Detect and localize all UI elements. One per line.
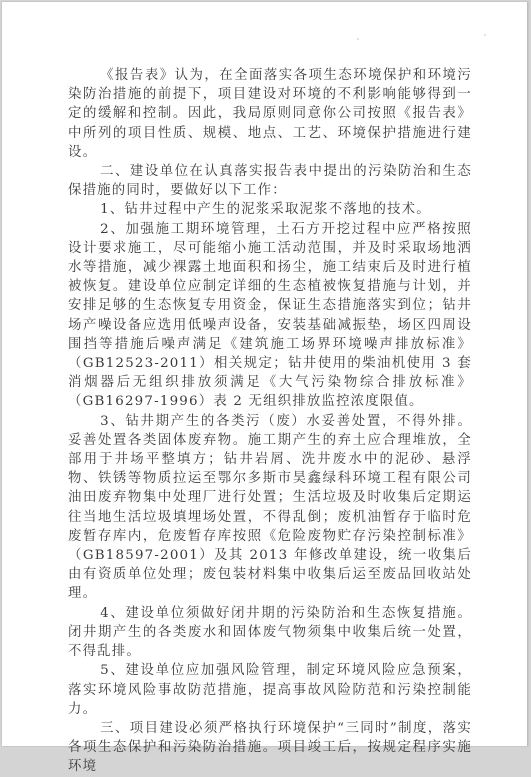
paragraph-section-2-intro: 二、建设单位在认真落实报告表中提出的污染防治和生态保措施的同时，要做好以下工作：	[68, 162, 472, 200]
scan-speck	[324, 730, 326, 732]
paragraph-item-4: 4、建设单位须做好闭井期的污染防治和生态恢复措施。闭井期产生的各类废水和固体废气…	[68, 604, 472, 662]
paragraph-item-1: 1、钻井过程中产生的泥浆采取泥浆不落地的技术。	[68, 200, 472, 219]
paragraph-report-conclusion: 《报告表》认为，在全面落实各项生态环境保护和环境污染防治措施的前提下，项目建设对…	[68, 66, 472, 162]
paragraph-item-2: 2、加强施工期环境管理，土石方开挖过程中应严格按照设计要求施工，尽可能缩小施工活…	[68, 220, 472, 412]
document-body: 《报告表》认为，在全面落实各项生态环境保护和环境污染防治措施的前提下，项目建设对…	[68, 66, 472, 752]
paragraph-item-3: 3、钻井期产生的各类污（废）水妥善处置，不得外排。妥善处置各类固体废弃物。施工期…	[68, 412, 472, 604]
scan-speck	[318, 737, 320, 739]
paragraph-section-3: 三、项目建设必须严格执行环境保护“三同时”制度，落实各项生态保护和污染防治措施。…	[68, 719, 472, 752]
document-page: 《报告表》认为，在全面落实各项生态环境保护和环境污染防治措施的前提下，项目建设对…	[2, 2, 528, 746]
paragraph-item-5: 5、建设单位应加强风险管理，制定环境风险应急预案，落实环境风险事故防范措施，提高…	[68, 661, 472, 719]
scan-speck	[484, 34, 486, 36]
scan-speck	[357, 38, 359, 40]
